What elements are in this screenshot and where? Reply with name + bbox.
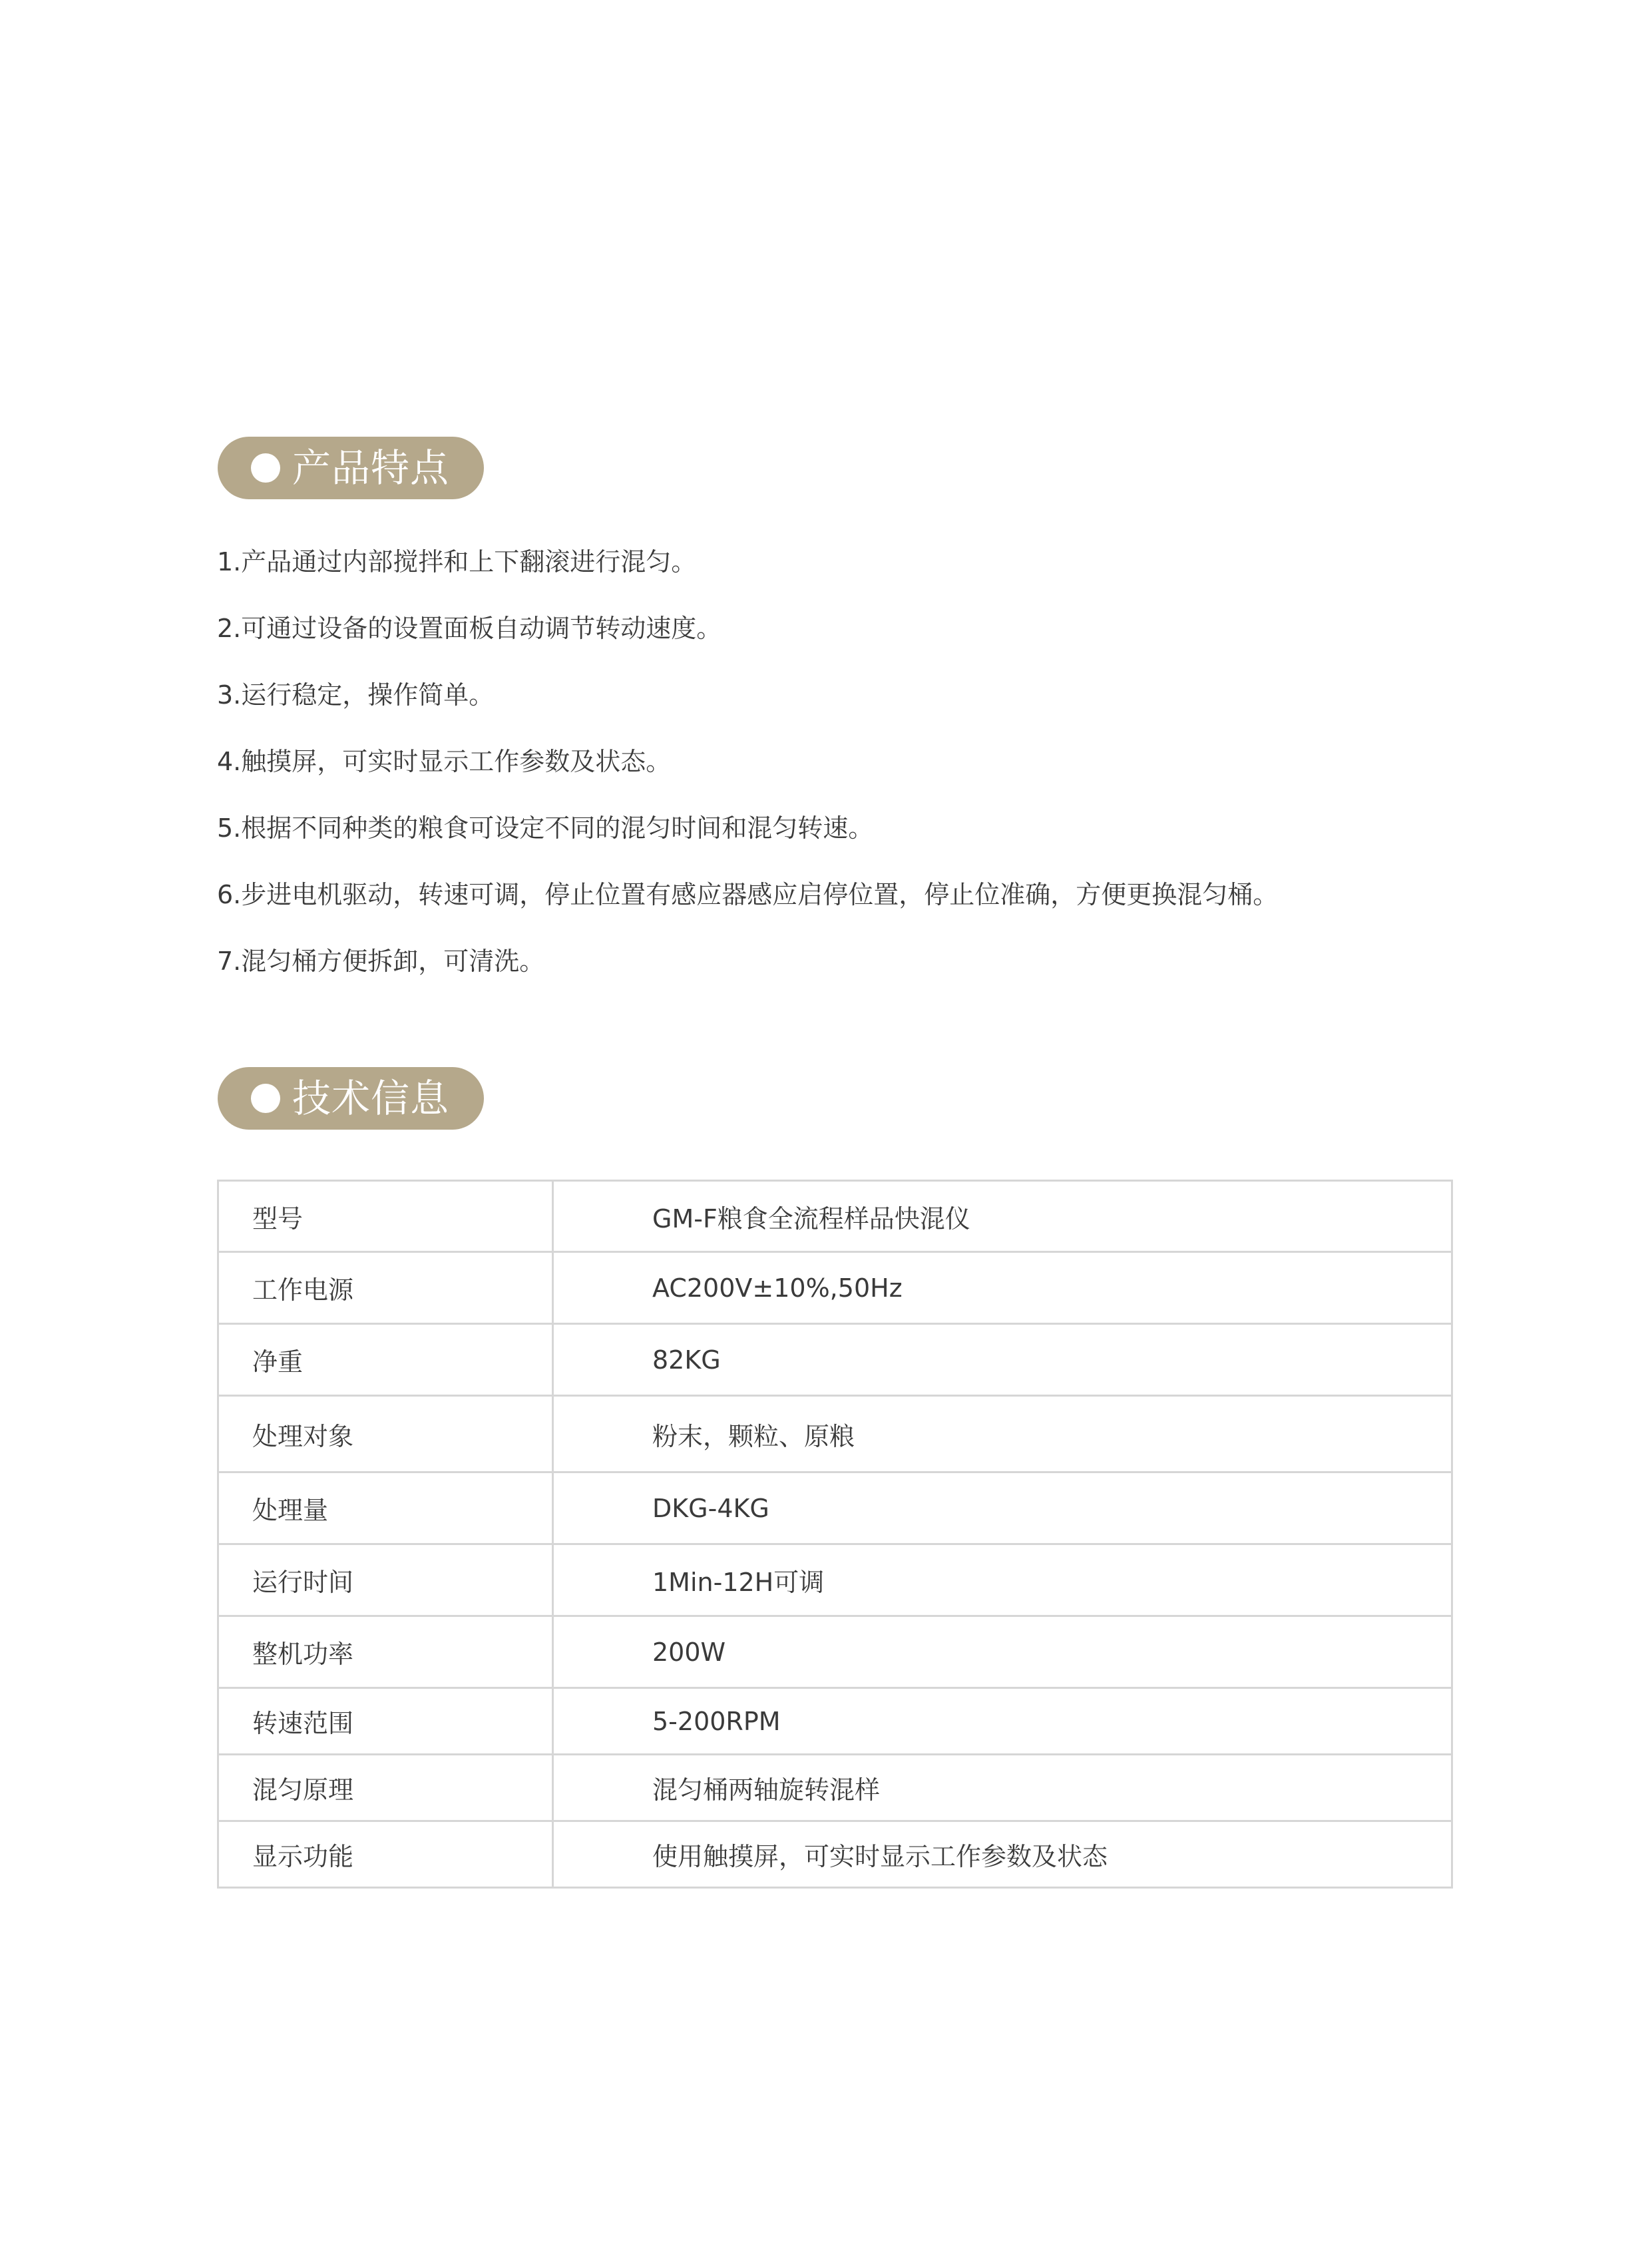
spec-value: 82KG — [553, 1324, 1452, 1396]
table-row: 混匀原理混匀桶两轴旋转混样 — [218, 1755, 1452, 1821]
section-header-features: 产品特点 — [218, 437, 484, 499]
table-row: 整机功率200W — [218, 1616, 1452, 1688]
feature-list: 1.产品通过内部搅拌和上下翻滚进行混匀。 2.可通过设备的设置面板自动调节转动速… — [217, 541, 1278, 1007]
table-row: 处理对象粉末，颗粒、原粮 — [218, 1396, 1452, 1472]
spec-key: 净重 — [218, 1324, 553, 1396]
spec-key: 整机功率 — [218, 1616, 553, 1688]
feature-item: 1.产品通过内部搅拌和上下翻滚进行混匀。 — [217, 541, 1278, 607]
spec-value: 200W — [553, 1616, 1452, 1688]
spec-value: 使用触摸屏，可实时显示工作参数及状态 — [553, 1821, 1452, 1888]
feature-item: 5.根据不同种类的粮食可设定不同的混匀时间和混匀转速。 — [217, 807, 1278, 873]
spec-key: 处理对象 — [218, 1396, 553, 1472]
spec-key: 工作电源 — [218, 1252, 553, 1324]
table-row: 显示功能使用触摸屏，可实时显示工作参数及状态 — [218, 1821, 1452, 1888]
spec-value: 混匀桶两轴旋转混样 — [553, 1755, 1452, 1821]
table-row: 型号GM-F粮食全流程样品快混仪 — [218, 1181, 1452, 1252]
feature-item: 7.混匀桶方便拆卸，可清洗。 — [217, 940, 1278, 1007]
spec-value: GM-F粮食全流程样品快混仪 — [553, 1181, 1452, 1252]
table-row: 运行时间1Min-12H可调 — [218, 1544, 1452, 1616]
spec-value: 粉末，颗粒、原粮 — [553, 1396, 1452, 1472]
table-row: 处理量DKG-4KG — [218, 1472, 1452, 1544]
spec-key: 显示功能 — [218, 1821, 553, 1888]
spec-value: 5-200RPM — [553, 1688, 1452, 1755]
spec-key: 运行时间 — [218, 1544, 553, 1616]
spec-key: 处理量 — [218, 1472, 553, 1544]
feature-item: 3.运行稳定，操作简单。 — [217, 674, 1278, 740]
spec-key: 型号 — [218, 1181, 553, 1252]
section-title: 技术信息 — [292, 1079, 449, 1118]
section-title: 产品特点 — [292, 449, 449, 487]
bullet-dot-icon — [251, 453, 280, 483]
spec-value: DKG-4KG — [553, 1472, 1452, 1544]
spec-value: AC200V±10%,50Hz — [553, 1252, 1452, 1324]
feature-item: 6.步进电机驱动，转速可调，停止位置有感应器感应启停位置，停止位准确，方便更换混… — [217, 873, 1278, 940]
spec-key: 混匀原理 — [218, 1755, 553, 1821]
bullet-dot-icon — [251, 1084, 280, 1113]
table-row: 工作电源AC200V±10%,50Hz — [218, 1252, 1452, 1324]
spec-table: 型号GM-F粮食全流程样品快混仪工作电源AC200V±10%,50Hz净重82K… — [217, 1180, 1453, 1889]
spec-key: 转速范围 — [218, 1688, 553, 1755]
table-row: 转速范围5-200RPM — [218, 1688, 1452, 1755]
feature-item: 2.可通过设备的设置面板自动调节转动速度。 — [217, 607, 1278, 674]
spec-value: 1Min-12H可调 — [553, 1544, 1452, 1616]
feature-item: 4.触摸屏，可实时显示工作参数及状态。 — [217, 740, 1278, 807]
table-row: 净重82KG — [218, 1324, 1452, 1396]
section-header-tech: 技术信息 — [218, 1067, 484, 1130]
